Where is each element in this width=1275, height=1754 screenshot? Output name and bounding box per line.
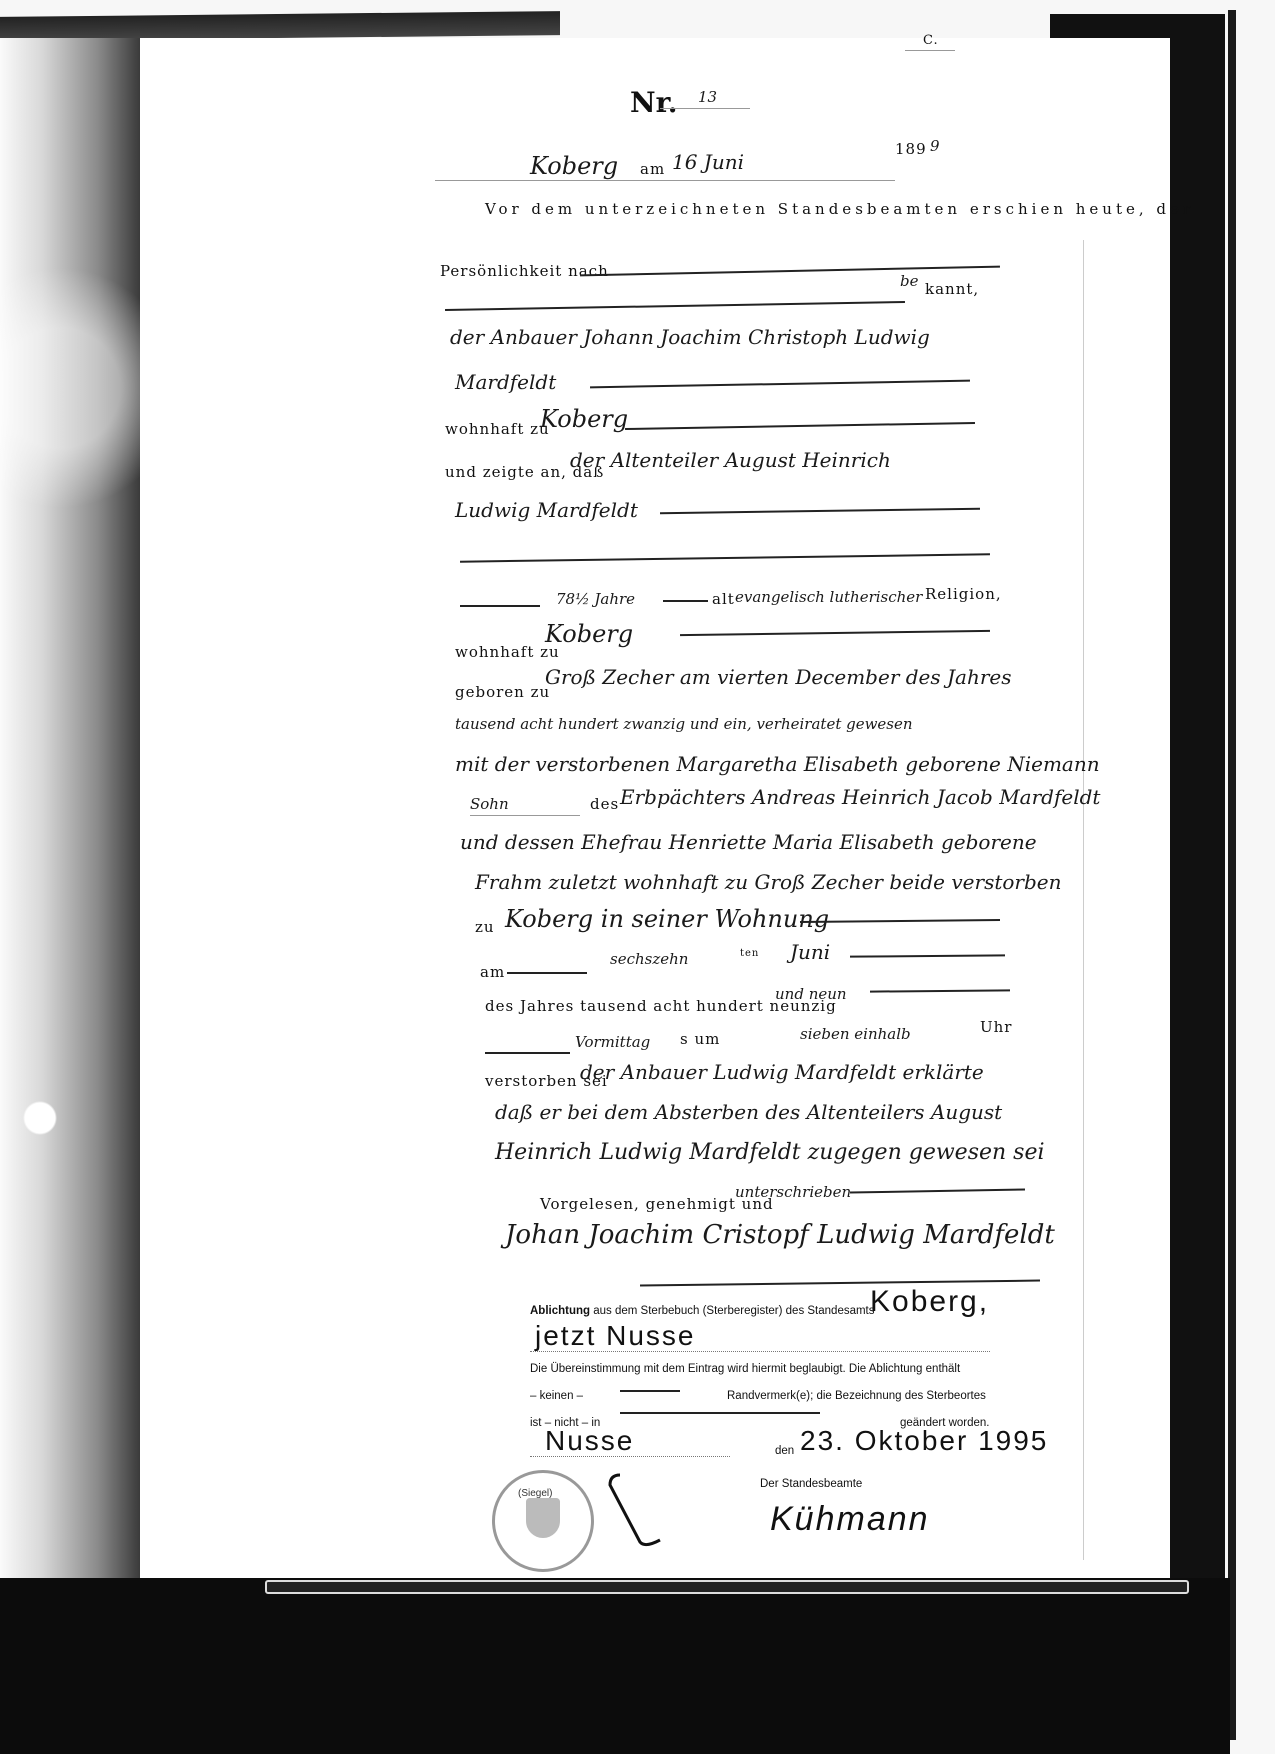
registrar-label: Der Standesbeamte (760, 1478, 862, 1490)
rule (485, 1052, 570, 1054)
certification-office: Koberg, (870, 1285, 989, 1319)
mother-line-1: und dessen Ehefrau Henriette Maria Elisa… (460, 830, 1037, 854)
informant-signature: Johan Joachim Cristopf Ludwig Mardfeldt (505, 1220, 1055, 1250)
rule (507, 972, 587, 974)
rule (435, 180, 895, 181)
scan-shadow-left (0, 38, 140, 1578)
rule (620, 1412, 820, 1414)
year-printed: 189 (895, 140, 927, 158)
issue-place: Nusse (545, 1425, 634, 1457)
intro-text: Vor dem unterzeichneten Standesbeamten e… (485, 200, 1194, 218)
informant-line-2: Mardfeldt (455, 370, 556, 394)
scan-shadow-top (0, 11, 560, 41)
rule (470, 815, 580, 816)
conformity-text: Die Übereinstimmung mit dem Eintrag wird… (530, 1363, 960, 1375)
paperclip-icon (600, 1470, 670, 1550)
certification-copy-text: Ablichtung aus dem Sterbebuch (Sterbereg… (530, 1305, 875, 1317)
coat-of-arms-icon (526, 1498, 560, 1538)
born-label: geboren zu (455, 683, 550, 701)
deceased-residence-label: wohnhaft zu (455, 643, 560, 661)
rule (620, 1390, 680, 1392)
hour-label: Uhr (980, 1018, 1012, 1036)
registrar-signature: Kühmann (770, 1500, 930, 1539)
dotted-rule (530, 1350, 990, 1352)
witness-line-3: Heinrich Ludwig Mardfeldt zugegen gewese… (495, 1140, 1045, 1165)
religion-handwritten: evangelisch lutherischer (735, 588, 922, 606)
hour-handwritten: sieben einhalb (800, 1025, 911, 1043)
scan-clip-strip (265, 1580, 1189, 1594)
age-handwritten: 78½ Jahre (556, 590, 635, 608)
month-handwritten: Juni (790, 940, 830, 964)
of-label: des (590, 795, 619, 813)
marginal-text: Randvermerk(e); die Bezeichnung des Ster… (727, 1390, 986, 1402)
religion-label: Religion, (925, 585, 1002, 603)
issue-date-label: den (775, 1445, 794, 1457)
father-line: Erbpächters Andreas Heinrich Jacob Mardf… (620, 785, 1100, 809)
born-line-2: tausend acht hundert zwanzig und ein, ve… (455, 715, 913, 733)
witness-line-2: daß er bei dem Absterben des Altenteiler… (495, 1100, 1002, 1124)
issue-date: 23. Oktober 1995 (800, 1425, 1048, 1457)
entry-number: 13 (698, 88, 717, 106)
death-place: Koberg in seiner Wohnung (505, 905, 829, 933)
scan-shadow-bottom (0, 1578, 1230, 1754)
form-code: C. (923, 33, 939, 48)
scan-shadow-right-edge (1228, 10, 1236, 1740)
year-handwritten: 9 (930, 137, 940, 155)
scan-shadow-right (1170, 14, 1225, 1739)
residence-label: wohnhaft zu (445, 420, 550, 438)
known-suffix: kannt, (925, 280, 979, 298)
death-place-label: zu (475, 918, 495, 936)
deceased-residence: Koberg (545, 620, 633, 648)
year-suffix-handwritten: und neun (775, 985, 847, 1003)
date-prefix: am (640, 160, 665, 178)
read-handwritten: unterschrieben (735, 1183, 851, 1201)
deceased-line-2: Ludwig Mardfeldt (455, 498, 638, 522)
marginal-none: – keinen – (530, 1390, 583, 1402)
day-handwritten: sechszehn (610, 950, 688, 968)
date: 16 Juni (672, 150, 744, 174)
mother-line-2: Frahm zuletzt wohnhaft zu Groß Zecher be… (475, 870, 1062, 894)
deceased-line-1: der Altenteiler August Heinrich (570, 448, 891, 472)
certification-office-2: jetzt Nusse (535, 1320, 696, 1352)
place: Koberg (530, 152, 618, 180)
day-label: am (480, 963, 505, 981)
rule (663, 600, 708, 602)
number-label: Nr. (630, 86, 678, 119)
day-suffix: ten (740, 948, 759, 959)
time-of-day-handwritten: Vormittag (575, 1033, 650, 1051)
dotted-rule (530, 1455, 730, 1457)
age-label: alt (712, 590, 735, 608)
rule (460, 605, 540, 607)
known-handwritten: be (900, 272, 918, 290)
witness-line-1: der Anbauer Ludwig Mardfeldt erklärte (580, 1060, 984, 1084)
informant-residence: Koberg (540, 405, 628, 433)
son-handwritten: Sohn (470, 795, 509, 813)
born-line-1: Groß Zecher am vierten December des Jahr… (545, 665, 1011, 689)
rule (905, 50, 955, 51)
born-line-3: mit der verstorbenen Margaretha Elisabet… (455, 752, 1100, 776)
identity-label: Persönlichkeit nach (440, 262, 609, 280)
time-suffix: s um (680, 1030, 720, 1048)
seal-label: (Siegel) (518, 1488, 552, 1499)
informant-line-1: der Anbauer Johann Joachim Christoph Lud… (450, 325, 930, 349)
rule (660, 108, 750, 109)
page-fold-line (1083, 240, 1084, 1560)
